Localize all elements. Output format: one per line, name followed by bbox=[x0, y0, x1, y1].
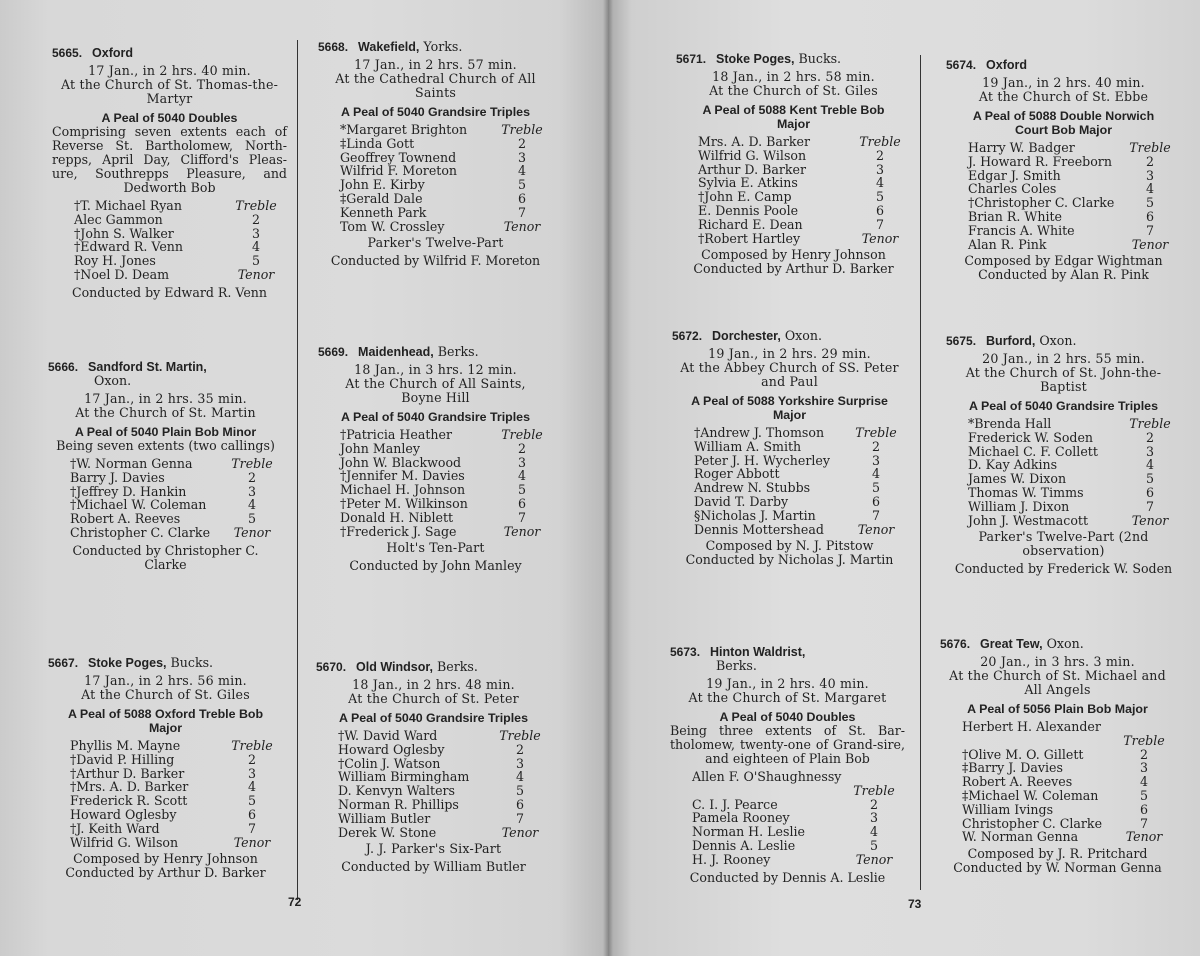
ringer-name: Derek W. Stone bbox=[338, 826, 436, 840]
ringer-row: †Jennifer M. Davies4 bbox=[340, 469, 545, 483]
ringer-name: †John E. Camp bbox=[698, 190, 792, 204]
peal-entry: 5672.Dorchester, Oxon.19 Jan., in 2 hrs.… bbox=[672, 329, 907, 567]
peal-place: Old Windsor, bbox=[356, 660, 433, 674]
ringer-row: J. Howard R. Freeborn2 bbox=[968, 155, 1173, 169]
ringer-row: Geoffrey Townend3 bbox=[340, 151, 545, 165]
ringer-list: Mrs. A. D. BarkerTrebleWilfrid G. Wilson… bbox=[676, 135, 911, 245]
ringer-name: John Manley bbox=[340, 442, 420, 456]
ringer-name: Alan R. Pink bbox=[968, 238, 1046, 252]
ringer-name: †Edward R. Venn bbox=[74, 240, 183, 254]
peal-church: At the Church of St. Thomas-the- bbox=[52, 78, 287, 92]
ringer-row: Wilfrid G. WilsonTenor bbox=[70, 836, 275, 850]
peal-place: Hinton Waldrist, bbox=[710, 645, 805, 659]
bell-position: Treble bbox=[1127, 417, 1173, 431]
peal-date: 18 Jan., in 2 hrs. 58 min. bbox=[676, 70, 911, 84]
peal-date: 17 Jan., in 2 hrs. 40 min. bbox=[52, 64, 287, 78]
ringer-name: †Christopher C. Clarke bbox=[968, 196, 1114, 210]
ringer-name: John J. Westmacott bbox=[968, 514, 1088, 528]
ringer-row: ‡Barry J. Davies3 bbox=[962, 761, 1167, 775]
ringer-row: Donald H. Niblett7 bbox=[340, 511, 545, 525]
ringer-name: *Brenda Hall bbox=[968, 417, 1051, 431]
bell-position: Tenor bbox=[497, 826, 543, 840]
peal-entry: 5667.Stoke Poges, Bucks.17 Jan., in 2 hr… bbox=[48, 656, 283, 880]
peal-place: Dorchester, bbox=[712, 329, 781, 343]
ringer-name: †David P. Hilling bbox=[70, 753, 174, 767]
ringer-name: Kenneth Park bbox=[340, 206, 426, 220]
ringer-name: John E. Kirby bbox=[340, 178, 425, 192]
ringer-name: †T. Michael Ryan bbox=[74, 199, 182, 213]
bell-position: 3 bbox=[497, 757, 543, 771]
ringer-row: Howard Oglesby2 bbox=[338, 743, 543, 757]
bell-position: 2 bbox=[229, 471, 275, 485]
ringer-name: §Nicholas J. Martin bbox=[694, 509, 816, 523]
ringer-row: †Jeffrey D. Hankin3 bbox=[70, 485, 275, 499]
peal-number: 5676. bbox=[940, 637, 970, 651]
ringer-row: §Nicholas J. Martin7 bbox=[694, 509, 899, 523]
peal-title: A Peal of 5040 Grandsire Triples bbox=[318, 410, 553, 424]
bell-position: 7 bbox=[1121, 817, 1167, 831]
ringer-row: *Margaret BrightonTreble bbox=[340, 123, 545, 137]
book-gutter bbox=[603, 0, 613, 956]
bell-position: 2 bbox=[1121, 748, 1167, 762]
peal-church: At the Abbey Church of SS. Peter bbox=[672, 361, 907, 375]
peal-title: Major bbox=[676, 117, 911, 131]
bell-position: Treble bbox=[229, 739, 275, 753]
ringer-row: Kenneth Park7 bbox=[340, 206, 545, 220]
ringer-row: W. Norman GennaTenor bbox=[962, 830, 1167, 844]
peal-title: A Peal of 5040 Doubles bbox=[52, 111, 287, 125]
column-rule-right bbox=[920, 55, 921, 890]
bell-position: 3 bbox=[853, 454, 899, 468]
ringer-name: Barry J. Davies bbox=[70, 471, 165, 485]
entry-heading: 5669.Maidenhead, Berks. bbox=[318, 345, 553, 359]
peal-entry: 5671.Stoke Poges, Bucks.18 Jan., in 2 hr… bbox=[676, 52, 911, 276]
peal-number: 5666. bbox=[48, 360, 78, 374]
peal-county: Oxon. bbox=[1039, 333, 1076, 348]
ringer-row: D. Kenvyn Walters5 bbox=[338, 784, 543, 798]
peal-date: 17 Jan., in 2 hrs. 57 min. bbox=[318, 58, 553, 72]
bell-position: 3 bbox=[499, 456, 545, 470]
bell-position: 3 bbox=[1127, 169, 1173, 183]
ringer-name: †Andrew J. Thomson bbox=[694, 426, 824, 440]
peal-entry: 5674.Oxford 19 Jan., in 2 hrs. 40 min.At… bbox=[946, 58, 1181, 282]
ringer-row: John W. Blackwood3 bbox=[340, 456, 545, 470]
peal-church: All Angels bbox=[940, 683, 1175, 697]
bell-position: Tenor bbox=[229, 836, 275, 850]
ringer-row: †John S. Walker3 bbox=[74, 227, 279, 241]
bell-position: 7 bbox=[229, 822, 275, 836]
bell-position: 2 bbox=[229, 753, 275, 767]
ringer-name: †Jeffrey D. Hankin bbox=[70, 485, 186, 499]
bell-position: Treble bbox=[229, 457, 275, 471]
ringer-row: Andrew N. Stubbs5 bbox=[694, 481, 899, 495]
peal-church: At the Church of St. John-the- bbox=[946, 366, 1181, 380]
peal-number: 5667. bbox=[48, 656, 78, 670]
ringer-row: †W. David WardTreble bbox=[338, 729, 543, 743]
bell-position: 7 bbox=[1127, 224, 1173, 238]
peal-county: Berks. bbox=[438, 344, 479, 359]
ringer-name: Donald H. Niblett bbox=[340, 511, 453, 525]
ringer-name: †Noel D. Deam bbox=[74, 268, 169, 282]
bell-position: 4 bbox=[857, 176, 903, 190]
ringer-name: William J. Dixon bbox=[968, 500, 1069, 514]
ringer-row: Roy H. Jones5 bbox=[74, 254, 279, 268]
bell-position: 4 bbox=[499, 469, 545, 483]
ringer-name: Christopher C. Clarke bbox=[70, 526, 210, 540]
composed-by: Composed by J. R. Pritchard bbox=[940, 847, 1175, 861]
peal-county: Oxon. bbox=[48, 374, 283, 388]
bell-position: 5 bbox=[857, 190, 903, 204]
ringer-row: Howard Oglesby6 bbox=[70, 808, 275, 822]
ringer-name: Howard Oglesby bbox=[70, 808, 176, 822]
ringer-row: Robert A. Reeves4 bbox=[962, 775, 1167, 789]
ringer-name: Pamela Rooney bbox=[692, 811, 790, 825]
ringer-row: †Arthur D. Barker3 bbox=[70, 767, 275, 781]
ringer-row: C. I. J. Pearce2 bbox=[692, 798, 897, 812]
ringer-row: Pamela Rooney3 bbox=[692, 811, 897, 825]
peal-church: Martyr bbox=[52, 92, 287, 106]
bell-position: Treble bbox=[851, 784, 897, 798]
peal-date: 17 Jan., in 2 hrs. 35 min. bbox=[48, 392, 283, 406]
peal-place: Great Tew, bbox=[980, 637, 1043, 651]
peal-county: Berks. bbox=[437, 659, 478, 674]
entry-heading: 5668.Wakefield, Yorks. bbox=[318, 40, 553, 54]
ringer-name: Norman H. Leslie bbox=[692, 825, 805, 839]
peal-date: 19 Jan., in 2 hrs. 40 min. bbox=[670, 677, 905, 691]
bell-position: Treble bbox=[499, 428, 545, 442]
book-spread: 5665.Oxford 17 Jan., in 2 hrs. 40 min.At… bbox=[0, 0, 1200, 956]
bell-position: 5 bbox=[497, 784, 543, 798]
bell-position: Treble bbox=[497, 729, 543, 743]
ringer-name: ‡Gerald Dale bbox=[340, 192, 423, 206]
ringer-list: Harry W. BadgerTrebleJ. Howard R. Freebo… bbox=[946, 141, 1181, 251]
ringer-row: William Ivings6 bbox=[962, 803, 1167, 817]
ringer-name: †Robert Hartley bbox=[698, 232, 800, 246]
ringer-name: Wilfrid G. Wilson bbox=[70, 836, 178, 850]
peal-title: A Peal of 5088 Oxford Treble Bob bbox=[48, 707, 283, 721]
bell-position: 7 bbox=[857, 218, 903, 232]
ringer-name: Andrew N. Stubbs bbox=[694, 481, 810, 495]
ringer-row: John Manley2 bbox=[340, 442, 545, 456]
ringer-name: J. Howard R. Freeborn bbox=[968, 155, 1112, 169]
peal-title: A Peal of 5040 Grandsire Triples bbox=[316, 711, 551, 725]
peal-number: 5670. bbox=[316, 660, 346, 674]
ringer-name: William Ivings bbox=[962, 803, 1053, 817]
bell-position: 2 bbox=[499, 137, 545, 151]
ringer-name: James W. Dixon bbox=[968, 472, 1066, 486]
ringer-name: Dennis Mottershead bbox=[694, 523, 824, 537]
ringer-row: D. Kay Adkins4 bbox=[968, 458, 1173, 472]
ringer-row: E. Dennis Poole6 bbox=[698, 204, 903, 218]
ringer-row: Christopher C. ClarkeTenor bbox=[70, 526, 275, 540]
bell-position: 3 bbox=[857, 163, 903, 177]
ringer-name: Frederick W. Soden bbox=[968, 431, 1093, 445]
bell-position: 6 bbox=[499, 497, 545, 511]
bell-position: Treble bbox=[1121, 734, 1167, 748]
peal-date: 19 Jan., in 2 hrs. 29 min. bbox=[672, 347, 907, 361]
peal-county: Oxon. bbox=[1047, 636, 1084, 651]
composition-note: Parker's Twelve-Part bbox=[318, 236, 553, 250]
ringer-list: †Andrew J. ThomsonTrebleWilliam A. Smith… bbox=[672, 426, 907, 536]
bell-position: Treble bbox=[1127, 141, 1173, 155]
bell-position: 7 bbox=[499, 206, 545, 220]
peal-title: A Peal of 5088 Double Norwich bbox=[946, 109, 1181, 123]
peal-title: A Peal of 5088 Kent Treble Bob bbox=[676, 103, 911, 117]
entry-heading: 5675.Burford, Oxon. bbox=[946, 334, 1181, 348]
peal-church: At the Church of St. Martin bbox=[48, 406, 283, 420]
ringer-row: †Edward R. Venn4 bbox=[74, 240, 279, 254]
peal-place: Oxford bbox=[92, 46, 133, 60]
ringer-name: Roy H. Jones bbox=[74, 254, 156, 268]
ringer-name: Frederick R. Scott bbox=[70, 794, 187, 808]
bell-position: Tenor bbox=[1121, 830, 1167, 844]
ringer-name: †Colin J. Watson bbox=[338, 757, 440, 771]
ringer-name: Francis A. White bbox=[968, 224, 1075, 238]
bell-position: 2 bbox=[233, 213, 279, 227]
ringer-row: †David P. Hilling2 bbox=[70, 753, 275, 767]
bell-position: 4 bbox=[853, 467, 899, 481]
column-rule-left bbox=[297, 40, 298, 900]
bell-position: Treble bbox=[853, 426, 899, 440]
entry-heading: 5674.Oxford bbox=[946, 58, 1181, 72]
peal-county: Berks. bbox=[670, 659, 905, 673]
conducted-by: Conducted by Arthur D. Barker bbox=[676, 262, 911, 276]
ringer-name: †Jennifer M. Davies bbox=[340, 469, 465, 483]
conducted-by: Conducted by W. Norman Genna bbox=[940, 861, 1175, 875]
ringer-name: ‡Linda Gott bbox=[340, 137, 414, 151]
peal-entry: 5675.Burford, Oxon.20 Jan., in 2 hrs. 55… bbox=[946, 334, 1181, 576]
peal-church: At the Cathedral Church of All bbox=[318, 72, 553, 86]
entry-heading: 5666.Sandford St. Martin, Oxon. bbox=[48, 360, 283, 388]
ringer-name: Wilfrid G. Wilson bbox=[698, 149, 806, 163]
peal-church: At the Church of St. Ebbe bbox=[946, 90, 1181, 104]
peal-church: Baptist bbox=[946, 380, 1181, 394]
entry-heading: 5670.Old Windsor, Berks. bbox=[316, 660, 551, 674]
ringer-row: †Peter M. Wilkinson6 bbox=[340, 497, 545, 511]
ringer-name: H. J. Rooney bbox=[692, 853, 770, 867]
ringer-name: Tom W. Crossley bbox=[340, 220, 444, 234]
ringer-row: ‡Michael W. Coleman5 bbox=[962, 789, 1167, 803]
ringer-row: Wilfrid G. Wilson2 bbox=[698, 149, 903, 163]
conducted-by: Conducted by Frederick W. Soden bbox=[946, 562, 1181, 576]
bell-position: 3 bbox=[229, 485, 275, 499]
peal-place: Maidenhead, bbox=[358, 345, 434, 359]
ringer-name: Robert A. Reeves bbox=[70, 512, 180, 526]
bell-position: 6 bbox=[1127, 210, 1173, 224]
bell-position: Tenor bbox=[233, 268, 279, 282]
conducted-by: Clarke bbox=[48, 558, 283, 572]
ringer-name: Mrs. A. D. Barker bbox=[698, 135, 810, 149]
entry-heading: 5672.Dorchester, Oxon. bbox=[672, 329, 907, 343]
ringer-row: William J. Dixon7 bbox=[968, 500, 1173, 514]
peal-church: At the Church of St. Margaret bbox=[670, 691, 905, 705]
ringer-row: ‡Linda Gott2 bbox=[340, 137, 545, 151]
ringer-row: Peter J. H. Wycherley3 bbox=[694, 454, 899, 468]
bell-position: 7 bbox=[1127, 500, 1173, 514]
ringer-row: Barry J. Davies2 bbox=[70, 471, 275, 485]
ringer-row: Wilfrid F. Moreton4 bbox=[340, 164, 545, 178]
ringer-name: D. Kay Adkins bbox=[968, 458, 1057, 472]
ringer-row: Roger Abbott4 bbox=[694, 467, 899, 481]
ringer-list: †W. David WardTrebleHoward Oglesby2†Coli… bbox=[316, 729, 551, 839]
ringer-name: William Birmingham bbox=[338, 770, 469, 784]
peal-description: Being seven extents (two callings) bbox=[48, 439, 283, 453]
ringer-row: Christopher C. Clarke7 bbox=[962, 817, 1167, 831]
ringer-list: *Margaret BrightonTreble‡Linda Gott2Geof… bbox=[318, 123, 553, 233]
bell-position: Tenor bbox=[499, 525, 545, 539]
ringer-row: Treble bbox=[692, 784, 897, 798]
bell-position: Tenor bbox=[857, 232, 903, 246]
conducted-by: Conducted by Dennis A. Leslie bbox=[670, 871, 905, 885]
ringer-row: †Noel D. DeamTenor bbox=[74, 268, 279, 282]
ringer-row: †W. Norman GennaTreble bbox=[70, 457, 275, 471]
ringer-row: Tom W. CrossleyTenor bbox=[340, 220, 545, 234]
ringer-name: †W. David Ward bbox=[338, 729, 437, 743]
ringer-row: David T. Darby6 bbox=[694, 495, 899, 509]
ringer-name: Howard Oglesby bbox=[338, 743, 444, 757]
ringer-list: †T. Michael RyanTrebleAlec Gammon2†John … bbox=[52, 199, 287, 282]
ringer-list: Herbert H. AlexanderTreble†Olive M. O. G… bbox=[940, 720, 1175, 844]
ringer-name: †Arthur D. Barker bbox=[70, 767, 184, 781]
peal-title: A Peal of 5056 Plain Bob Major bbox=[940, 702, 1175, 716]
ringer-name: †W. Norman Genna bbox=[70, 457, 192, 471]
bell-position: 7 bbox=[499, 511, 545, 525]
composition-note: Holt's Ten-Part bbox=[318, 541, 553, 555]
conducted-by: Conducted by Wilfrid F. Moreton bbox=[318, 254, 553, 268]
peal-number: 5673. bbox=[670, 645, 700, 659]
ringer-row: Francis A. White7 bbox=[968, 224, 1173, 238]
bell-position: 5 bbox=[1121, 789, 1167, 803]
ringer-row: Charles Coles4 bbox=[968, 182, 1173, 196]
ringer-row: †T. Michael RyanTreble bbox=[74, 199, 279, 213]
ringer-name: Christopher C. Clarke bbox=[962, 817, 1102, 831]
ringer-row: †J. Keith Ward7 bbox=[70, 822, 275, 836]
bell-position: 5 bbox=[229, 794, 275, 808]
ringer-row: *Brenda HallTreble bbox=[968, 417, 1173, 431]
bell-position: 6 bbox=[1121, 803, 1167, 817]
ringer-row: John E. Kirby5 bbox=[340, 178, 545, 192]
ringer-name: Sylvia E. Atkins bbox=[698, 176, 798, 190]
ringer-name: †Patricia Heather bbox=[340, 428, 452, 442]
composed-by: Composed by Henry Johnson bbox=[48, 852, 283, 866]
entry-heading: 5665.Oxford bbox=[52, 46, 287, 60]
composition-note: J. J. Parker's Six-Part bbox=[316, 842, 551, 856]
peal-entry: 5665.Oxford 17 Jan., in 2 hrs. 40 min.At… bbox=[52, 46, 287, 300]
ringer-name: David T. Darby bbox=[694, 495, 788, 509]
conducted-by: Conducted by Arthur D. Barker bbox=[48, 866, 283, 880]
bell-position: 2 bbox=[1127, 155, 1173, 169]
ringer-name: †Michael W. Coleman bbox=[70, 498, 206, 512]
ringer-name: C. I. J. Pearce bbox=[692, 798, 778, 812]
ringer-name: Peter J. H. Wycherley bbox=[694, 454, 830, 468]
ringer-name: Roger Abbott bbox=[694, 467, 780, 481]
bell-position: 3 bbox=[229, 767, 275, 781]
bell-position: 4 bbox=[499, 164, 545, 178]
peal-entry: 5668.Wakefield, Yorks.17 Jan., in 2 hrs.… bbox=[318, 40, 553, 268]
peal-county: Yorks. bbox=[423, 39, 462, 54]
ringer-row: †Colin J. Watson3 bbox=[338, 757, 543, 771]
bell-position: 4 bbox=[497, 770, 543, 784]
peal-number: 5665. bbox=[52, 46, 82, 60]
peal-church: At the Church of St. Peter bbox=[316, 692, 551, 706]
ringer-row: †Frederick J. SageTenor bbox=[340, 525, 545, 539]
bell-position: 5 bbox=[1127, 196, 1173, 210]
ringer-name: Michael H. Johnson bbox=[340, 483, 465, 497]
ringer-row: James W. Dixon5 bbox=[968, 472, 1173, 486]
peal-church: At the Church of St. Michael and bbox=[940, 669, 1175, 683]
peal-number: 5672. bbox=[672, 329, 702, 343]
ringer-name: William Butler bbox=[338, 812, 430, 826]
ringer-row: †Andrew J. ThomsonTreble bbox=[694, 426, 899, 440]
ringer-row: Harry W. BadgerTreble bbox=[968, 141, 1173, 155]
conducted-by: Conducted by Alan R. Pink bbox=[946, 268, 1181, 282]
bell-position: 2 bbox=[853, 440, 899, 454]
peal-church: At the Church of All Saints, bbox=[318, 377, 553, 391]
ringer-row: †Michael W. Coleman4 bbox=[70, 498, 275, 512]
ringer-name: Arthur D. Barker bbox=[698, 163, 806, 177]
conducted-by: Conducted by Nicholas J. Martin bbox=[672, 553, 907, 567]
entry-heading: 5676.Great Tew, Oxon. bbox=[940, 637, 1175, 651]
ringer-name: Richard E. Dean bbox=[698, 218, 803, 232]
ringer-row: Michael H. Johnson5 bbox=[340, 483, 545, 497]
ringer-name: Allen F. O'Shaughnessy bbox=[692, 769, 841, 784]
peal-place: Wakefield, bbox=[358, 40, 419, 54]
peal-title: A Peal of 5088 Yorkshire Surprise bbox=[672, 394, 907, 408]
ringer-row: William Birmingham4 bbox=[338, 770, 543, 784]
ringer-row: ‡Gerald Dale6 bbox=[340, 192, 545, 206]
bell-position: 3 bbox=[1121, 761, 1167, 775]
bell-position: Tenor bbox=[229, 526, 275, 540]
peal-number: 5668. bbox=[318, 40, 348, 54]
ringer-name: E. Dennis Poole bbox=[698, 204, 798, 218]
bell-position: Treble bbox=[499, 123, 545, 137]
peal-description: Being three extents of St. Bar-tholomew,… bbox=[670, 724, 905, 766]
ringer-row: †Mrs. A. D. Barker4 bbox=[70, 780, 275, 794]
peal-date: 20 Jan., in 2 hrs. 55 min. bbox=[946, 352, 1181, 366]
ringer-row: Dennis MottersheadTenor bbox=[694, 523, 899, 537]
conducted-by: Conducted by Christopher C. bbox=[48, 544, 283, 558]
ringer-row: John J. WestmacottTenor bbox=[968, 514, 1173, 528]
bell-position: Tenor bbox=[499, 220, 545, 234]
ringer-name: Geoffrey Townend bbox=[340, 151, 456, 165]
peal-title: A Peal of 5040 Grandsire Triples bbox=[946, 399, 1181, 413]
ringer-row: Mrs. A. D. BarkerTreble bbox=[698, 135, 903, 149]
bell-position: 6 bbox=[229, 808, 275, 822]
peal-entry: 5666.Sandford St. Martin, Oxon.17 Jan., … bbox=[48, 360, 283, 572]
composition-note: observation) bbox=[946, 544, 1181, 558]
bell-position: 7 bbox=[853, 509, 899, 523]
ringer-row: Frederick R. Scott5 bbox=[70, 794, 275, 808]
ringer-name: *Margaret Brighton bbox=[340, 123, 467, 137]
ringer-row: Allen F. O'Shaughnessy bbox=[692, 770, 897, 784]
ringer-name: Michael C. F. Collett bbox=[968, 445, 1098, 459]
conducted-by: Conducted by Edward R. Venn bbox=[52, 286, 287, 300]
ringer-name: Edgar J. Smith bbox=[968, 169, 1061, 183]
ringer-row: Norman R. Phillips6 bbox=[338, 798, 543, 812]
bell-position: 4 bbox=[229, 498, 275, 512]
composition-note: Parker's Twelve-Part (2nd bbox=[946, 530, 1181, 544]
bell-position: 4 bbox=[233, 240, 279, 254]
ringer-name: †J. Keith Ward bbox=[70, 822, 160, 836]
bell-position: 5 bbox=[499, 178, 545, 192]
conducted-by: Conducted by William Butler bbox=[316, 860, 551, 874]
bell-position: 6 bbox=[499, 192, 545, 206]
ringer-row: Michael C. F. Collett3 bbox=[968, 445, 1173, 459]
peal-church: Saints bbox=[318, 86, 553, 100]
ringer-row: Arthur D. Barker3 bbox=[698, 163, 903, 177]
ringer-list: †Patricia HeatherTrebleJohn Manley2John … bbox=[318, 428, 553, 538]
ringer-row: Robert A. Reeves5 bbox=[70, 512, 275, 526]
